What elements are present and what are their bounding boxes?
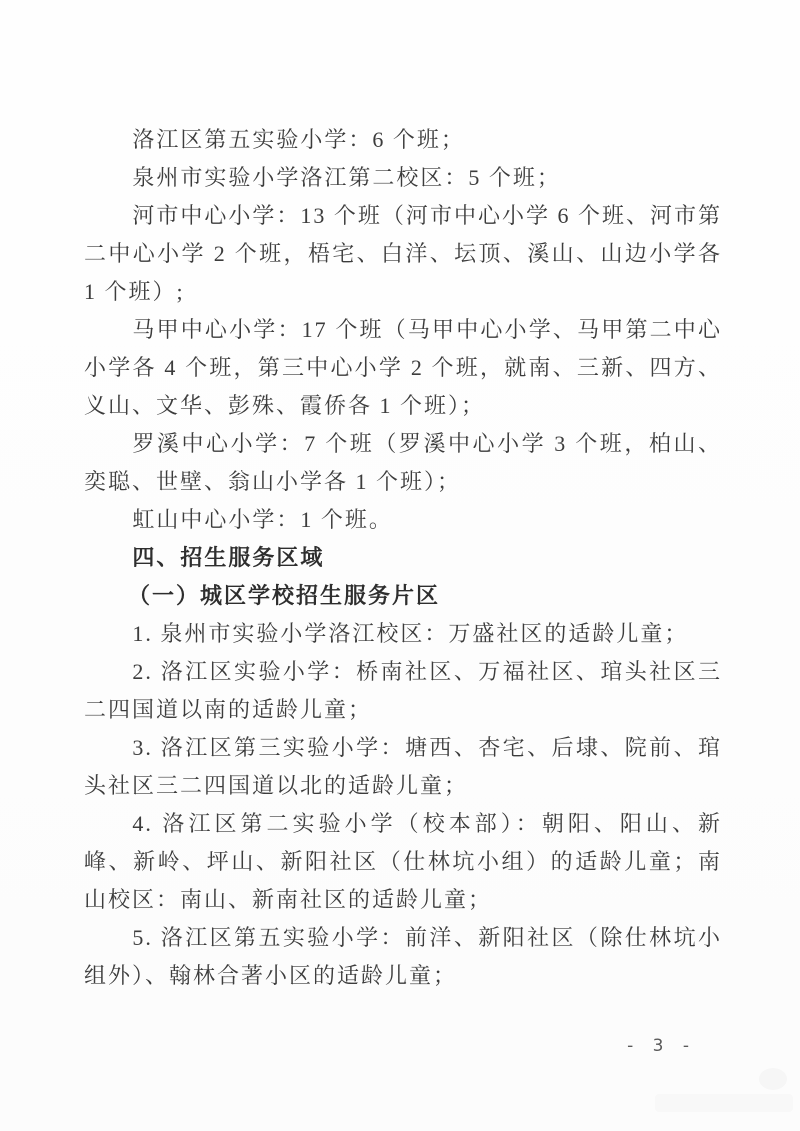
scan-watermark-smudge: [655, 1068, 795, 1118]
allocation-line-2: 泉州市实验小学洛江第二校区：5 个班；: [84, 159, 722, 197]
service-area-item-3: 3. 洛江区第三实验小学：塘西、杏宅、后埭、院前、琯头社区三二四国道以北的适龄儿…: [84, 729, 722, 805]
allocation-line-4: 马甲中心小学：17 个班（马甲中心小学、马甲第二中心小学各 4 个班，第三中心小…: [84, 311, 722, 425]
page-number: - 3 -: [627, 1036, 696, 1056]
document-body: 洛江区第五实验小学：6 个班； 泉州市实验小学洛江第二校区：5 个班； 河市中心…: [84, 121, 722, 995]
subsection-heading: （一）城区学校招生服务片区: [84, 577, 722, 615]
service-area-item-4: 4. 洛江区第二实验小学（校本部）：朝阳、阳山、新峰、新岭、坪山、新阳社区（仕林…: [84, 805, 722, 919]
allocation-line-6: 虹山中心小学：1 个班。: [84, 501, 722, 539]
service-area-item-1: 1. 泉州市实验小学洛江校区：万盛社区的适龄儿童；: [84, 615, 722, 653]
section-heading: 四、招生服务区域: [84, 539, 722, 577]
allocation-line-3: 河市中心小学：13 个班（河市中心小学 6 个班、河市第二中心小学 2 个班，梧…: [84, 197, 722, 311]
service-area-item-5: 5. 洛江区第五实验小学：前洋、新阳社区（除仕林坑小组外）、翰林合著小区的适龄儿…: [84, 919, 722, 995]
allocation-line-1: 洛江区第五实验小学：6 个班；: [84, 121, 722, 159]
service-area-item-2: 2. 洛江区实验小学：桥南社区、万福社区、琯头社区三二四国道以南的适龄儿童；: [84, 653, 722, 729]
allocation-line-5: 罗溪中心小学：7 个班（罗溪中心小学 3 个班，柏山、奕聪、世壁、翁山小学各 1…: [84, 425, 722, 501]
document-page: 洛江区第五实验小学：6 个班； 泉州市实验小学洛江第二校区：5 个班； 河市中心…: [0, 0, 800, 1131]
